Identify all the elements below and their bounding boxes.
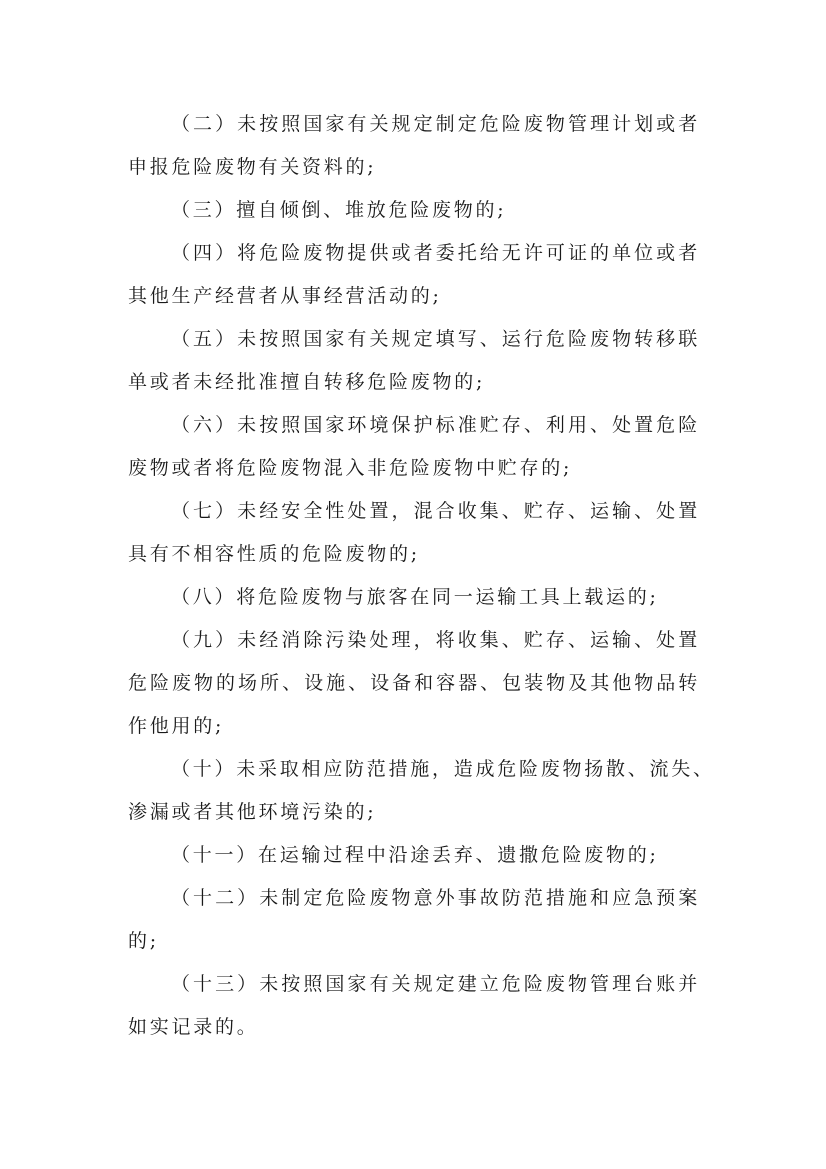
paragraph-line: 单或者未经批准擅自转移危险废物的; [128,361,700,404]
paragraph-line: 废物或者将危险废物混入非危险废物中贮存的; [128,447,700,490]
paragraph-line: 如实记录的。 [128,1006,700,1049]
paragraph-line: （十一）在运输过程中沿途丢弃、遗撒危险废物的; [128,834,700,877]
document-page: （二）未按照国家有关规定制定危险废物管理计划或者 申报危险废物有关资料的; （三… [0,0,826,1169]
paragraph-line: 具有不相容性质的危险废物的; [128,533,700,576]
paragraph-line: （九）未经消除污染处理，将收集、贮存、运输、处置 [128,619,700,662]
paragraph-line: 的; [128,920,700,963]
paragraph-line: 其他生产经营者从事经营活动的; [128,275,700,318]
paragraph-line: 申报危险废物有关资料的; [128,146,700,189]
paragraph-line: （二）未按照国家有关规定制定危险废物管理计划或者 [128,103,700,146]
paragraph-item-5: （五）未按照国家有关规定填写、运行危险废物转移联 单或者未经批准擅自转移危险废物… [128,318,700,404]
paragraph-item-12: （十二）未制定危险废物意外事故防范措施和应急预案 的; [128,877,700,963]
paragraph-line: （七）未经安全性处置，混合收集、贮存、运输、处置 [128,490,700,533]
paragraph-item-11: （十一）在运输过程中沿途丢弃、遗撒危险废物的; [128,834,700,877]
paragraph-line: （十）未采取相应防范措施，造成危险废物扬散、流失、 [128,748,700,791]
paragraph-line: （八）将危险废物与旅客在同一运输工具上载运的; [128,576,700,619]
paragraph-line: （三）擅自倾倒、堆放危险废物的; [128,189,700,232]
paragraph-line: 危险废物的场所、设施、设备和容器、包装物及其他物品转 [128,662,700,705]
paragraph-line: （十二）未制定危险废物意外事故防范措施和应急预案 [128,877,700,920]
paragraph-item-7: （七）未经安全性处置，混合收集、贮存、运输、处置 具有不相容性质的危险废物的; [128,490,700,576]
paragraph-item-4: （四）将危险废物提供或者委托给无许可证的单位或者 其他生产经营者从事经营活动的; [128,232,700,318]
document-body: （二）未按照国家有关规定制定危险废物管理计划或者 申报危险废物有关资料的; （三… [128,103,700,1049]
paragraph-item-8: （八）将危险废物与旅客在同一运输工具上载运的; [128,576,700,619]
paragraph-line: （四）将危险废物提供或者委托给无许可证的单位或者 [128,232,700,275]
paragraph-item-13: （十三）未按照国家有关规定建立危险废物管理台账并 如实记录的。 [128,963,700,1049]
paragraph-line: 渗漏或者其他环境污染的; [128,791,700,834]
paragraph-item-9: （九）未经消除污染处理，将收集、贮存、运输、处置 危险废物的场所、设施、设备和容… [128,619,700,748]
paragraph-item-10: （十）未采取相应防范措施，造成危险废物扬散、流失、 渗漏或者其他环境污染的; [128,748,700,834]
paragraph-item-3: （三）擅自倾倒、堆放危险废物的; [128,189,700,232]
paragraph-item-6: （六）未按照国家环境保护标准贮存、利用、处置危险 废物或者将危险废物混入非危险废… [128,404,700,490]
paragraph-line: （十三）未按照国家有关规定建立危险废物管理台账并 [128,963,700,1006]
paragraph-item-2: （二）未按照国家有关规定制定危险废物管理计划或者 申报危险废物有关资料的; [128,103,700,189]
paragraph-line: （六）未按照国家环境保护标准贮存、利用、处置危险 [128,404,700,447]
paragraph-line: （五）未按照国家有关规定填写、运行危险废物转移联 [128,318,700,361]
paragraph-line: 作他用的; [128,705,700,748]
